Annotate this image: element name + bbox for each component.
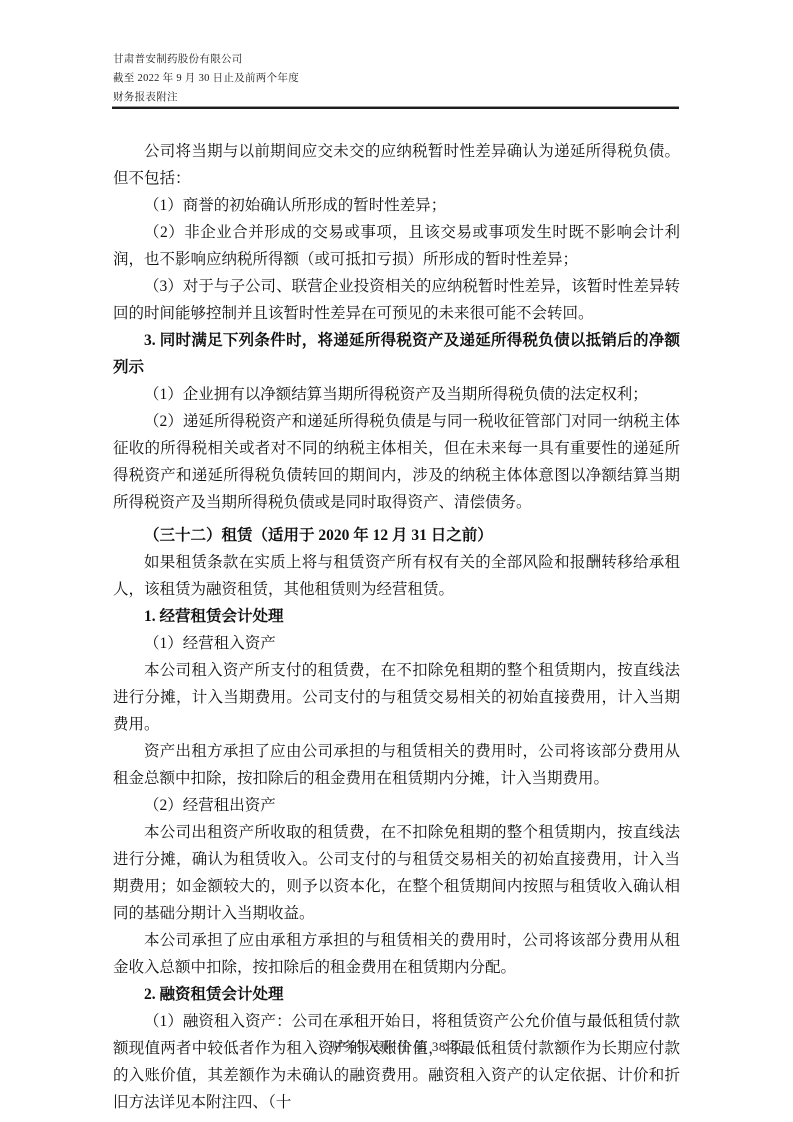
paragraph: 资产出租方承担了应由公司承担的与租赁相关的费用时，公司将该部分费用从租金总额中扣… [113,738,680,792]
paragraph: （2）非企业合并形成的交易或事项，且该交易或事项发生时既不影响会计利润，也不影响… [113,219,680,273]
header-doc-title: 财务报表附注 [113,88,299,107]
paragraph: 公司将当期与以前期间应交未交的应纳税暂时性差异确认为递延所得税负债。但不包括： [113,138,680,192]
header-company-name: 甘肃普安制药股份有限公司 [113,50,299,69]
page-footer: 财务报表附注 第 38 页 [0,1037,793,1057]
footer-page-number-label: 财务报表附注 第 38 页 [330,1039,463,1054]
document-page: 甘肃普安制药股份有限公司 截至 2022 年 9 月 30 日止及前两个年度 财… [0,0,793,1122]
paragraph: （3）对于与子公司、联营企业投资相关的应纳税暂时性差异，该暂时性差异转回的时间能… [113,273,680,327]
page-header: 甘肃普安制药股份有限公司 截至 2022 年 9 月 30 日止及前两个年度 财… [113,50,299,107]
section-heading: （三十二）租赁（适用于 2020 年 12 月 31 日之前） [113,522,680,549]
section-heading: 3. 同时满足下列条件时，将递延所得税资产及递延所得税负债以抵销后的净额列示 [113,327,680,381]
section-heading: 2. 融资租赁会计处理 [113,981,680,1008]
paragraph: 本公司租入资产所支付的租赁费，在不扣除免租期的整个租赁期内，按直线法进行分摊，计… [113,657,680,738]
paragraph: （2）经营租出资产 [113,792,680,819]
paragraph: 如果租赁条款在实质上将与租赁资产所有权有关的全部风险和报酬转移给承租人，该租赁为… [113,549,680,603]
paragraph: （1）商誉的初始确认所形成的暂时性差异； [113,192,680,219]
paragraph: （2）递延所得税资产和递延所得税负债是与同一税收征管部门对同一纳税主体征收的所得… [113,408,680,516]
header-period-line: 截至 2022 年 9 月 30 日止及前两个年度 [113,69,299,88]
paragraph: （1）经营租入资产 [113,630,680,657]
document-body: 公司将当期与以前期间应交未交的应纳税暂时性差异确认为递延所得税负债。但不包括：（… [113,138,680,1116]
paragraph: 本公司出租资产所收取的租赁费，在不扣除免租期的整个租赁期内，按直线法进行分摊，确… [113,819,680,927]
section-heading: 1. 经营租赁会计处理 [113,603,680,630]
paragraph: （1）企业拥有以净额结算当期所得税资产及当期所得税负债的法定权利； [113,381,680,408]
paragraph: 本公司承担了应由承租方承担的与租赁相关的费用时，公司将该部分费用从租金收入总额中… [113,927,680,981]
header-divider-rule [112,106,679,109]
paragraph: （1）融资租入资产：公司在承租开始日，将租赁资产公允价值与最低租赁付款额现值两者… [113,1008,680,1116]
